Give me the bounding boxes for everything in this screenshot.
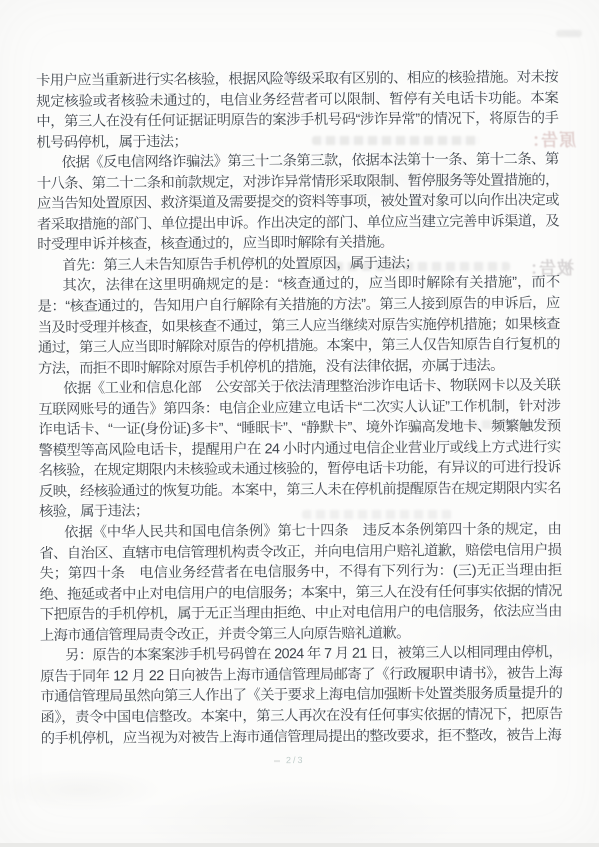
document-body-text: 卡用户应当重新进行实名核验，根据风险等级采取有区别的、相应的核验措施。对未按规定… — [36, 67, 563, 749]
paragraph-realname-verification: 卡用户应当重新进行实名核验，根据风险等级采取有区别的、相应的核验措施。对未按规定… — [36, 67, 559, 153]
paragraph-point-second: 其次，法律在这里明确规定的是：“核查通过的，应当即时解除有关措施”，而不是：“核… — [37, 273, 560, 379]
paragraph-antifraud-law-article-32: 依据《反电信网络诈骗法》第三十二条第三款，依据本法第十一条、第十二条、第十八条、… — [37, 150, 560, 256]
paragraph-additional-prior-suspension: 另：原告的本案案涉手机号码曾在 2024 年 7 月 21 日，被第三人以相同理… — [40, 643, 563, 749]
page-number: 2/3 — [286, 755, 305, 765]
scanned-court-document-page: 原告： 被告： 卡用户应当重新进行实名核验，根据风险等级采取有区别的、相应的核验… — [0, 0, 599, 847]
scan-edge-shadow — [0, 843, 599, 847]
paragraph-miit-mps-notice-article-4: 依据《工业和信息化部 公安部关于依法清理整治涉诈电话卡、物联网卡以及关联互联网账… — [38, 376, 561, 523]
paragraph-telecom-regulations-article-74: 依据《中华人民共和国电信条例》第七十四条 违反本条例第四十条的规定，由省、自治区… — [39, 519, 562, 646]
scan-artifact — [556, 30, 582, 37]
